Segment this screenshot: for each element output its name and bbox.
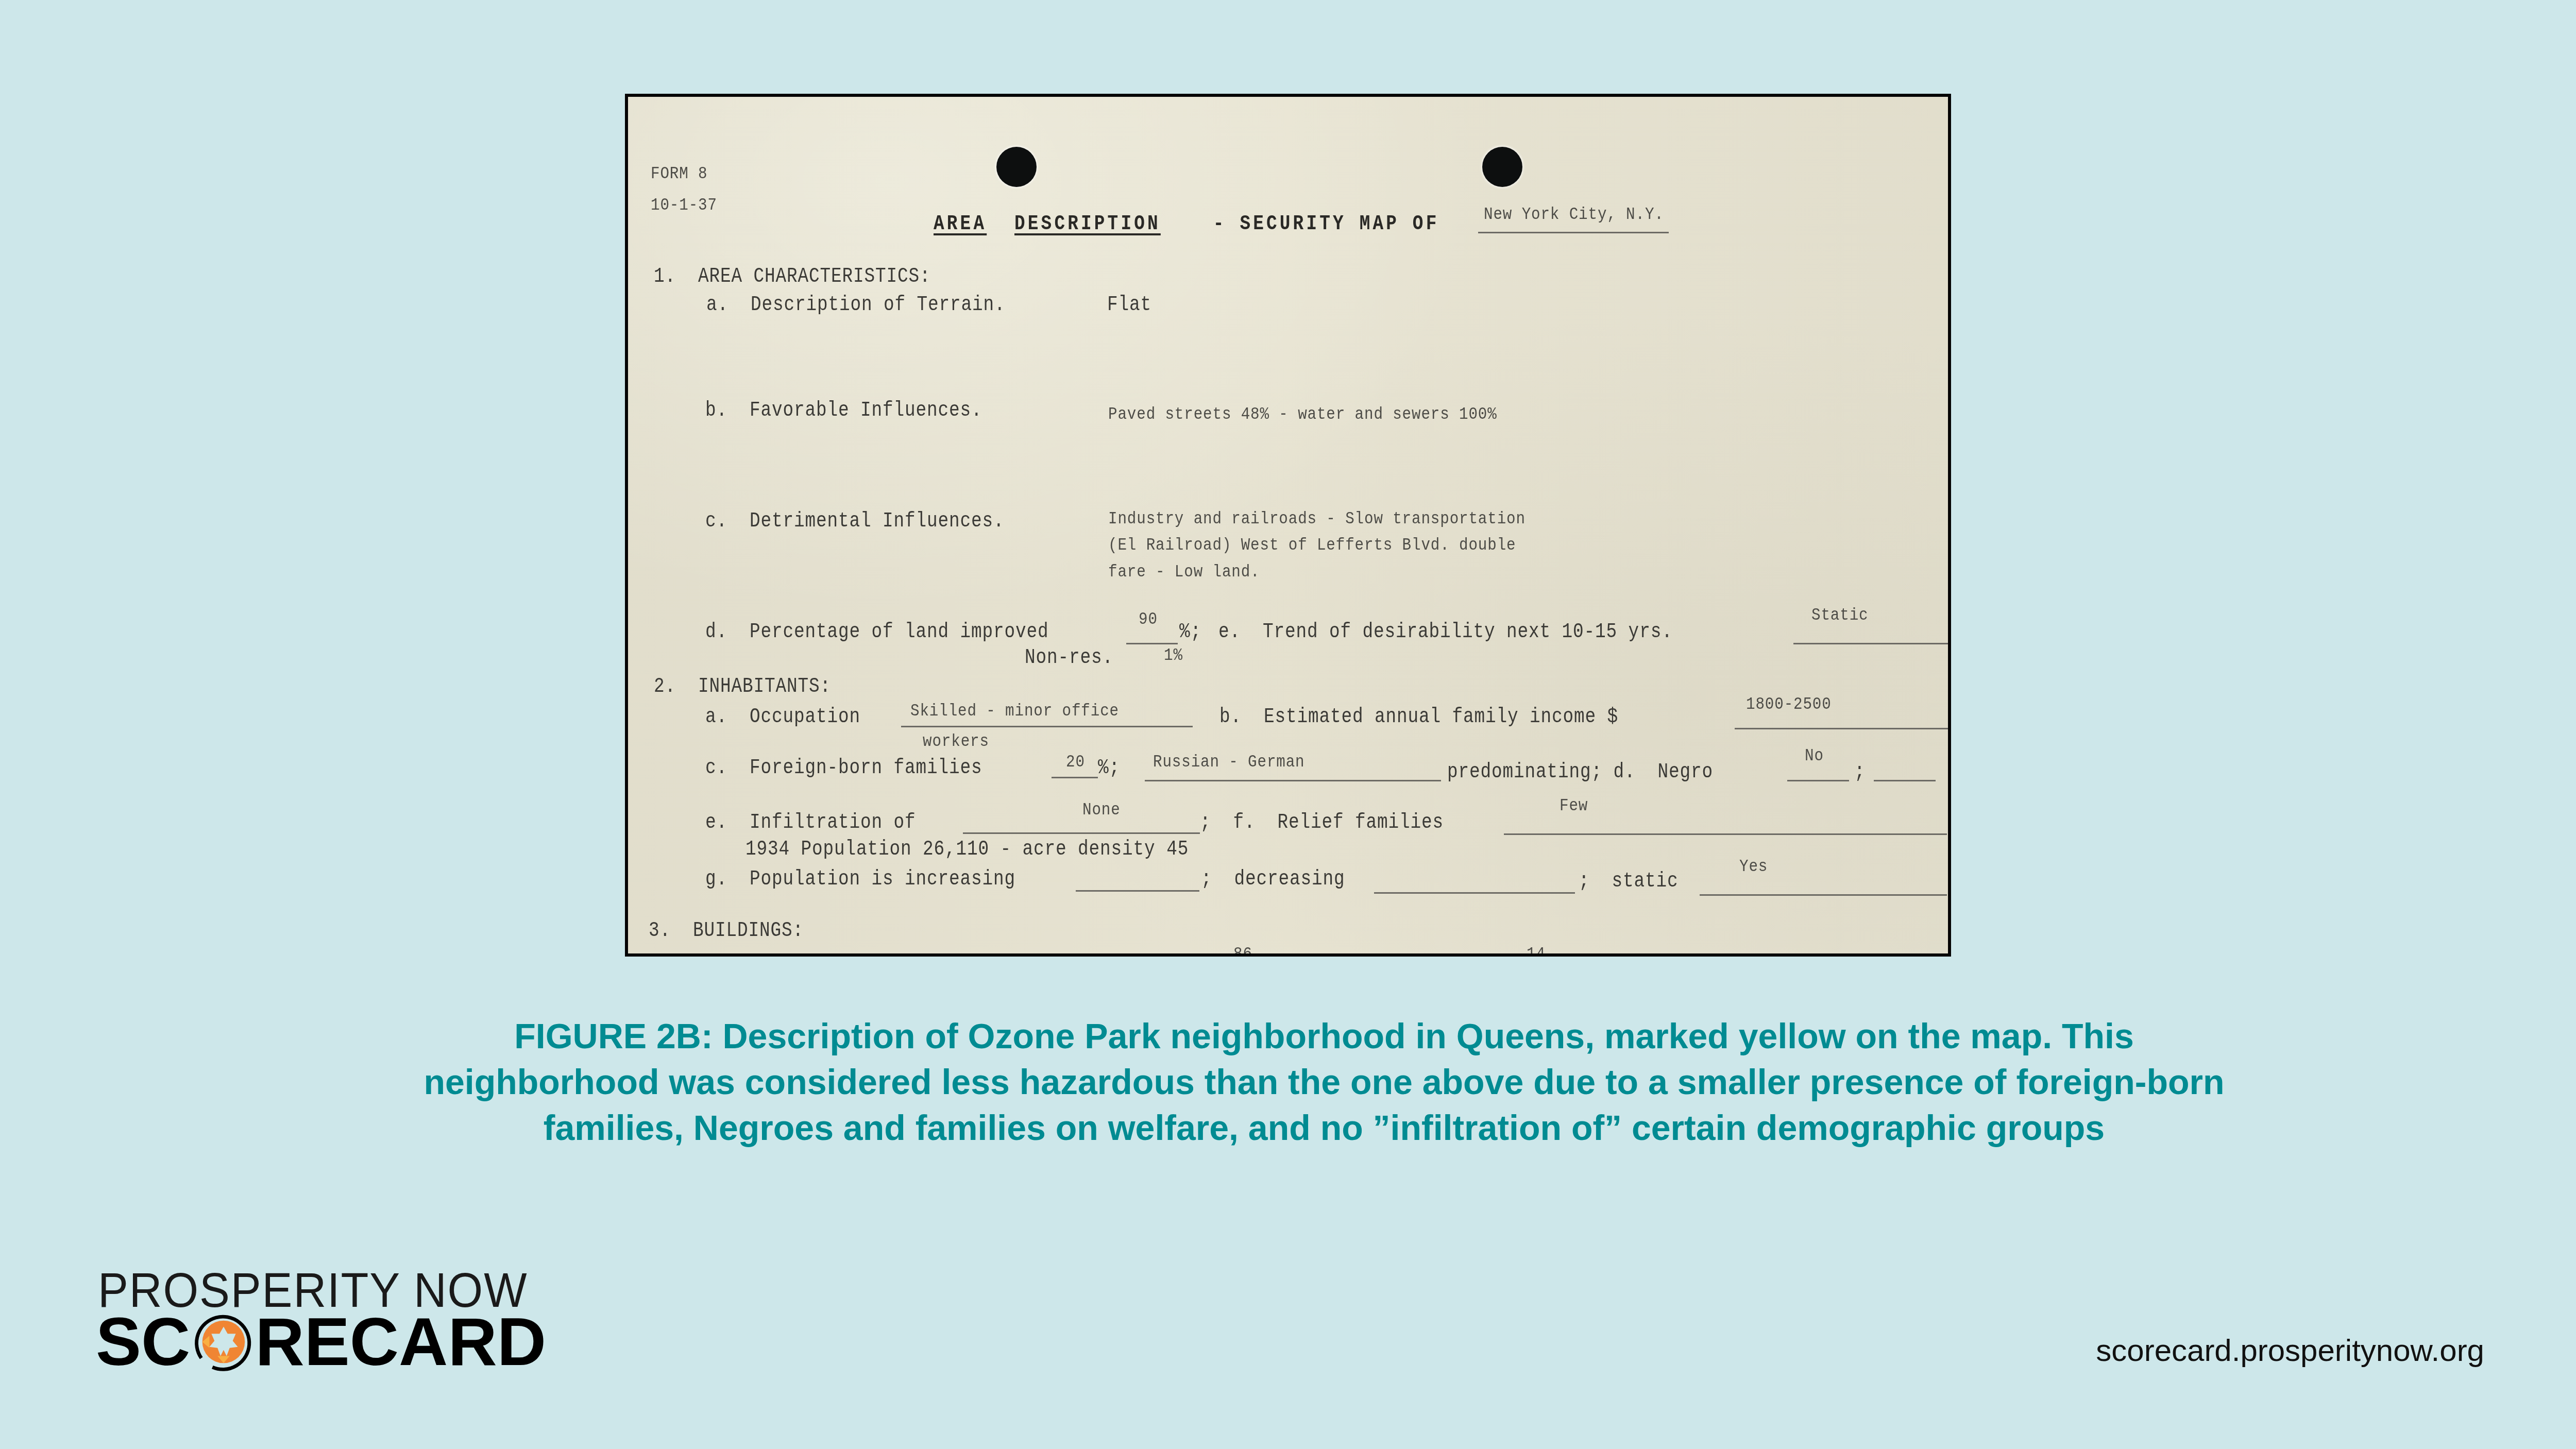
form-number: FORM 8 [651, 165, 707, 183]
city-value: New York City, N.Y. [1484, 206, 1664, 224]
land-improved-label: d. Percentage of land improved [705, 622, 1049, 643]
infiltration-blank [963, 832, 1200, 834]
foreign-born-suffix: %; [1098, 758, 1120, 779]
income-label: b. Estimated annual family income $ [1219, 707, 1618, 728]
nationality-blank [1145, 780, 1441, 781]
buildings-value-2: 14 [1527, 946, 1546, 957]
website-url[interactable]: scorecard.prosperitynow.org [2096, 1335, 2484, 1366]
population-static-label: ; static [1579, 872, 1679, 892]
detrimental-label: c. Detrimental Influences. [705, 512, 1005, 532]
income-value: 1800-2500 [1746, 696, 1832, 713]
detrimental-line-1: Industry and railroads - Slow transporta… [1108, 510, 1526, 528]
figure-label: FIGURE 2B: [514, 1017, 713, 1056]
desirability-value: Static [1811, 607, 1868, 624]
negro-blank [1787, 780, 1849, 781]
population-note: 1934 Population 26,110 - acre density 45 [745, 840, 1189, 860]
non-res-value: 1% [1164, 647, 1183, 664]
infiltration-value: None [1082, 802, 1121, 819]
title-security-map: - SECURITY MAP OF [1200, 214, 1439, 235]
predominating-label: predominating; d. Negro [1447, 762, 1713, 783]
foreign-born-value: 20 [1066, 754, 1085, 771]
terrain-value: Flat [1107, 295, 1151, 316]
detrimental-line-2: (El Railroad) West of Lefferts Blvd. dou… [1108, 537, 1516, 554]
punch-hole [1482, 147, 1522, 187]
negro-value: No [1805, 747, 1824, 765]
logo-scorecard-prefix: SC [96, 1308, 190, 1376]
land-improved-suffix: %; [1179, 622, 1201, 643]
population-static-value: Yes [1739, 858, 1768, 876]
logo-scorecard-suffix: RECARD [255, 1308, 546, 1376]
occupation-blank [901, 726, 1193, 727]
increasing-blank [1076, 890, 1199, 892]
detrimental-line-3: fare - Low land. [1108, 564, 1260, 581]
document-title: AREA [934, 214, 995, 235]
city-underline [1478, 232, 1669, 233]
income-blank [1735, 728, 1951, 729]
area-description-document: FORM 8 10-1-37 AREA DESCRIPTION - SECURI… [625, 94, 1951, 957]
buildings-value-1: 86 [1233, 946, 1252, 957]
occupation-value-cont: workers [923, 733, 989, 751]
desirability-label: e. Trend of desirability next 10-15 yrs. [1218, 622, 1673, 643]
section3-heading: 3. BUILDINGS: [649, 921, 804, 942]
static-blank [1700, 894, 1947, 896]
land-improved-value: 90 [1139, 611, 1158, 628]
terrain-label: a. Description of Terrain. [706, 295, 1006, 316]
land-improved-blank [1126, 643, 1178, 644]
section2-heading: 2. INHABITANTS: [654, 677, 831, 697]
negro-suffix: ; [1854, 762, 1866, 783]
foreign-born-label: c. Foreign-born families [705, 758, 982, 779]
negro-blank-2 [1874, 780, 1936, 781]
title-area: AREA [934, 214, 987, 235]
figure-caption: FIGURE 2B: Description of Ozone Park nei… [412, 1014, 2236, 1151]
title-description: DESCRIPTION [1014, 214, 1161, 235]
form-date: 10-1-37 [651, 197, 717, 214]
punch-hole [996, 147, 1037, 187]
non-res-label: Non-res. [1025, 648, 1113, 669]
infiltration-label: e. Infiltration of [705, 813, 916, 833]
desirability-blank [1793, 643, 1948, 644]
relief-families-value: Few [1560, 797, 1588, 815]
nationality-value: Russian - German [1153, 754, 1305, 771]
occupation-label: a. Occupation [705, 707, 860, 728]
orange-star-circle-icon [192, 1311, 253, 1372]
logo-scorecard: SC RECARD [96, 1311, 546, 1373]
population-increasing-label: g. Population is increasing [705, 870, 1015, 890]
favorable-label: b. Favorable Influences. [705, 401, 982, 421]
section1-heading: 1. AREA CHARACTERISTICS: [654, 267, 931, 287]
relief-families-blank [1504, 833, 1947, 835]
relief-families-label: ; f. Relief families [1200, 813, 1444, 833]
occupation-value: Skilled - minor office [910, 703, 1119, 720]
population-decreasing-label: ; decreasing [1201, 870, 1345, 890]
decreasing-blank [1374, 892, 1575, 894]
foreign-born-blank [1052, 777, 1098, 778]
favorable-value: Paved streets 48% - water and sewers 100… [1108, 406, 1497, 423]
